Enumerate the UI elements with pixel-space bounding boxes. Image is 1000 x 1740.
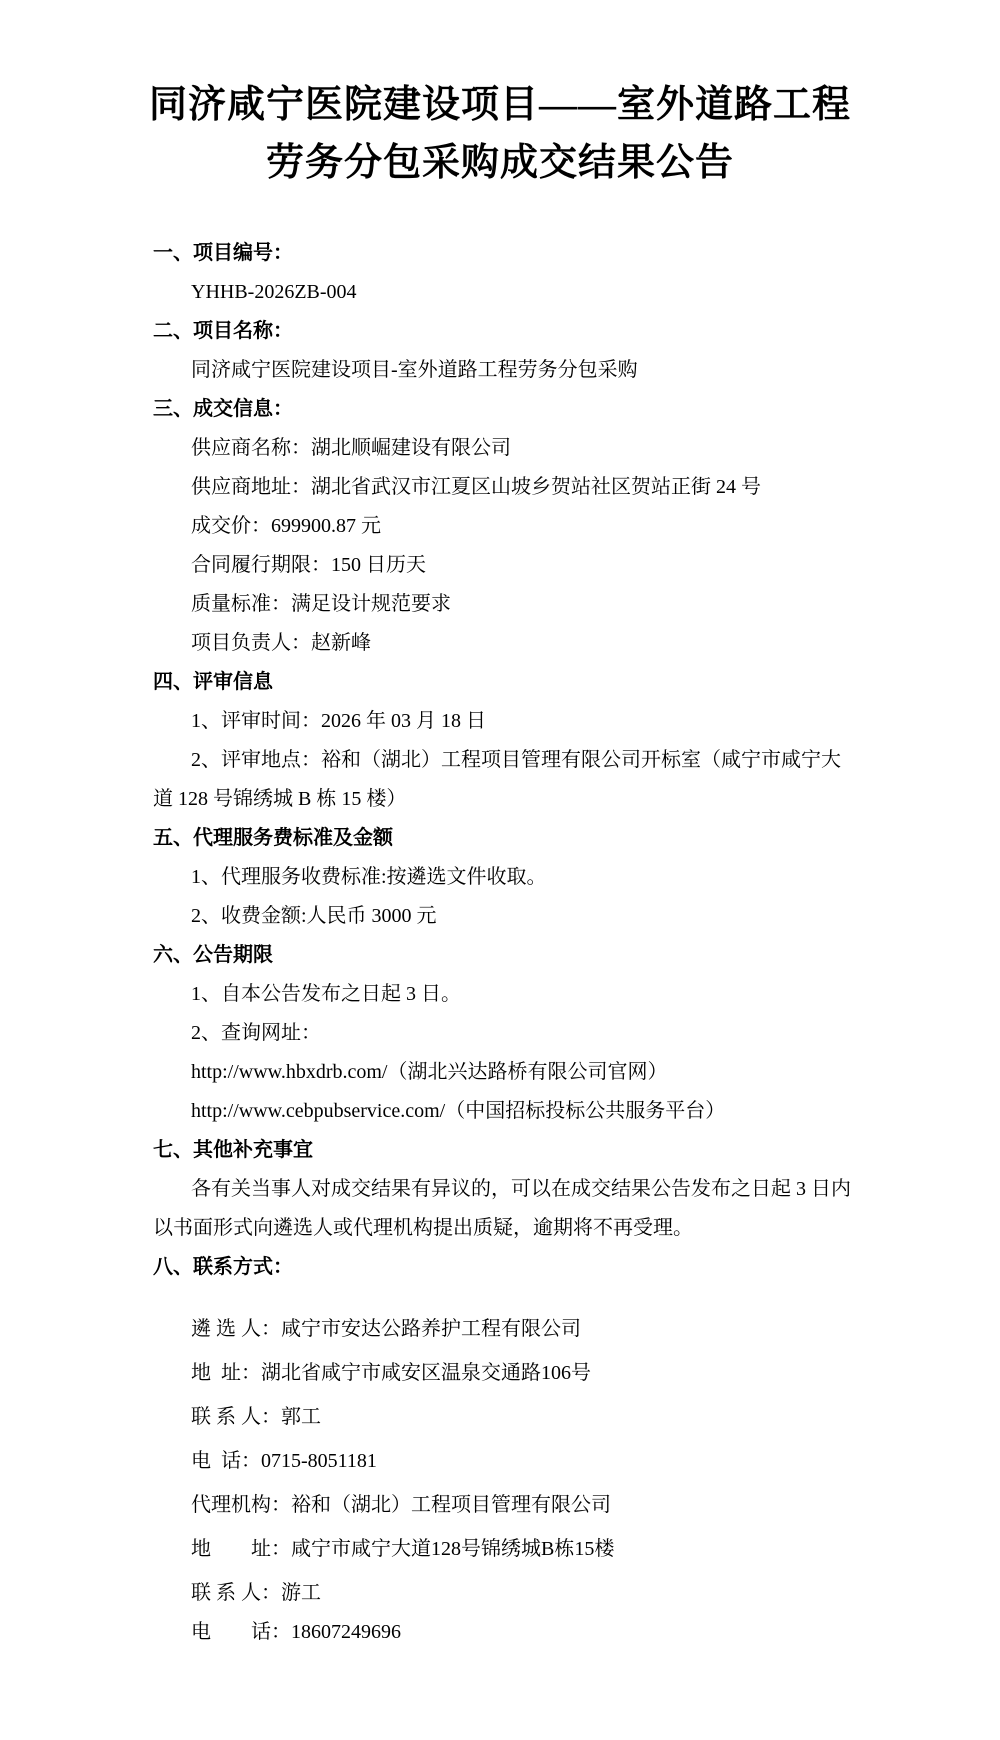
selector-address-line: 地 址：湖北省咸宁市咸安区温泉交通路106号: [153, 1351, 880, 1395]
section-heading-announcement-period: 六、公告期限: [153, 936, 880, 975]
document-title-line-1: 同济咸宁医院建设项目——室外道路工程: [0, 76, 1000, 134]
supplier-address-line: 供应商地址：湖北省武汉市江夏区山坡乡贺站社区贺站正街 24 号: [153, 468, 880, 507]
contact-block: 遴 选 人：咸宁市安达公路养护工程有限公司 地 址：湖北省咸宁市咸安区温泉交通路…: [153, 1307, 880, 1649]
query-url-label-line: 2、查询网址：: [153, 1014, 880, 1053]
project-number-value: YHHB-2026ZB-004: [153, 273, 880, 312]
selector-phone-line: 电 话：0715-8051181: [153, 1439, 880, 1483]
agency-phone-line: 电 话：18607249696: [153, 1615, 880, 1649]
agency-fee-amount-line: 2、收费金额:人民币 3000 元: [153, 897, 880, 936]
agency-address-line: 地 址：咸宁市咸宁大道128号锦绣城B栋15楼: [153, 1527, 880, 1571]
award-price-line: 成交价：699900.87 元: [153, 507, 880, 546]
review-location-line: 2、评审地点：裕和（湖北）工程项目管理有限公司开标室（咸宁市咸宁大: [153, 741, 880, 780]
objection-paragraph-line-2: 以书面形式向遴选人或代理机构提出质疑，逾期将不再受理。: [153, 1209, 880, 1248]
query-url-hbxdrb: http://www.hbxdrb.com/（湖北兴达路桥有限公司官网）: [153, 1053, 880, 1092]
section-heading-agency-fee: 五、代理服务费标准及金额: [153, 819, 880, 858]
section-heading-project-number: 一、项目编号：: [153, 234, 880, 273]
document-body: 一、项目编号： YHHB-2026ZB-004 二、项目名称： 同济咸宁医院建设…: [0, 234, 1000, 1649]
announcement-period-line: 1、自本公告发布之日起 3 日。: [153, 975, 880, 1014]
section-heading-review-info: 四、评审信息: [153, 663, 880, 702]
section-heading-contact-info: 八、联系方式：: [153, 1248, 880, 1287]
section-heading-award-info: 三、成交信息：: [153, 390, 880, 429]
review-location-continuation: 道 128 号锦绣城 B 栋 15 楼）: [153, 780, 880, 819]
section-heading-project-name: 二、项目名称：: [153, 312, 880, 351]
section-heading-other-matters: 七、其他补充事宜: [153, 1131, 880, 1170]
agency-name-line: 代理机构：裕和（湖北）工程项目管理有限公司: [153, 1483, 880, 1527]
project-manager-line: 项目负责人：赵新峰: [153, 624, 880, 663]
selector-contact-person-line: 联 系 人：郭工: [153, 1395, 880, 1439]
quality-standard-line: 质量标准：满足设计规范要求: [153, 585, 880, 624]
announcement-document: 同济咸宁医院建设项目——室外道路工程 劳务分包采购成交结果公告 一、项目编号： …: [0, 0, 1000, 1740]
review-time-line: 1、评审时间：2026 年 03 月 18 日: [153, 702, 880, 741]
objection-paragraph-line-1: 各有关当事人对成交结果有异议的，可以在成交结果公告发布之日起 3 日内: [153, 1170, 880, 1209]
document-title-line-2: 劳务分包采购成交结果公告: [0, 134, 1000, 192]
supplier-name-line: 供应商名称：湖北顺崛建设有限公司: [153, 429, 880, 468]
project-name-value: 同济咸宁医院建设项目-室外道路工程劳务分包采购: [153, 351, 880, 390]
contract-duration-line: 合同履行期限：150 日历天: [153, 546, 880, 585]
agency-contact-person-line: 联 系 人：游工: [153, 1571, 880, 1615]
selector-name-line: 遴 选 人：咸宁市安达公路养护工程有限公司: [153, 1307, 880, 1351]
document-title: 同济咸宁医院建设项目——室外道路工程 劳务分包采购成交结果公告: [0, 0, 1000, 192]
query-url-cebpubservice: http://www.cebpubservice.com/（中国招标投标公共服务…: [153, 1092, 880, 1131]
agency-fee-standard-line: 1、代理服务收费标准:按遴选文件收取。: [153, 858, 880, 897]
